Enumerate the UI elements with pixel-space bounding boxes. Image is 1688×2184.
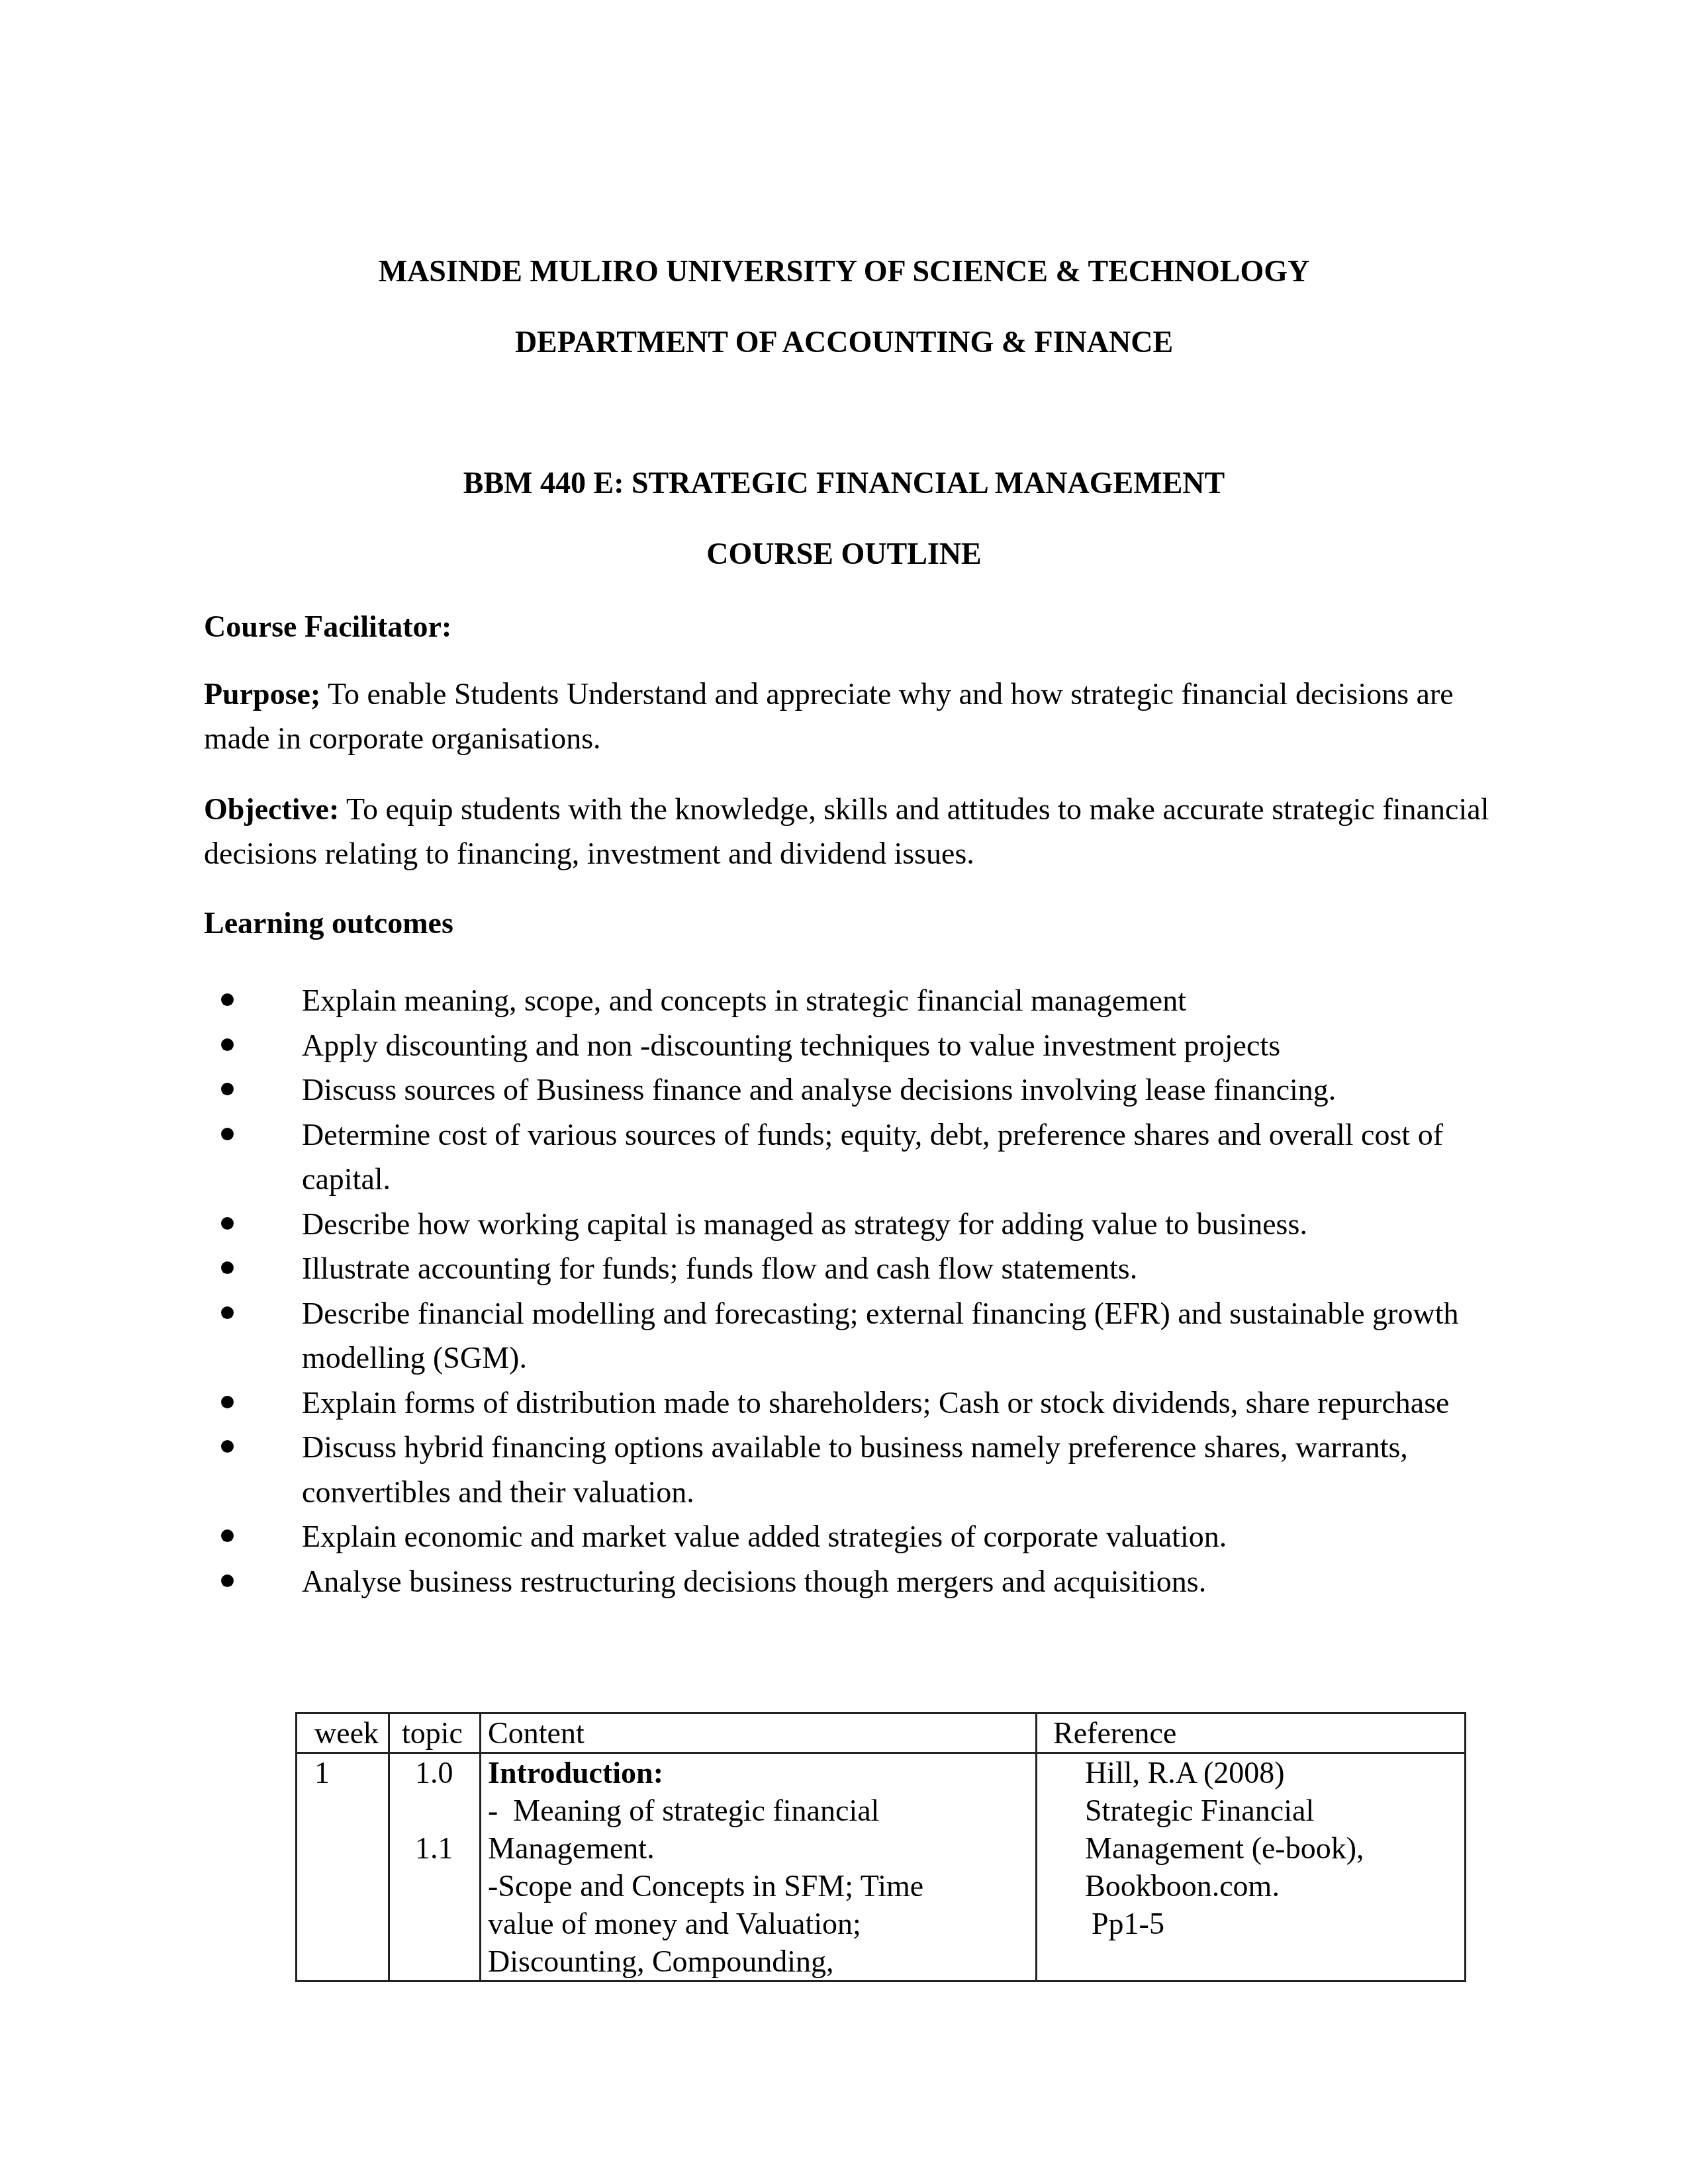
bullet-icon — [221, 1217, 234, 1230]
document-page: MASINDE MULIRO UNIVERSITY OF SCIENCE & T… — [0, 0, 1688, 2184]
list-item: Illustrate accounting for funds; funds f… — [204, 1246, 1501, 1291]
purpose-text: To enable Students Understand and apprec… — [204, 677, 1454, 755]
bullet-icon — [221, 1128, 234, 1140]
cell-week: 1 — [297, 1753, 389, 1981]
table-row: 1 1.0 1.1 Introduction: - Meaning of str… — [297, 1753, 1466, 1981]
column-header-topic: topic — [389, 1713, 481, 1753]
list-item: Analyse business restructuring decisions… — [204, 1559, 1501, 1604]
content-title: Introduction: — [488, 1754, 1035, 1792]
column-header-week: week — [297, 1713, 389, 1753]
column-header-content: Content — [481, 1713, 1037, 1753]
course-facilitator: Course Facilitator: — [204, 604, 1495, 649]
bullet-icon — [221, 1038, 234, 1051]
objective-label: Objective: — [204, 792, 339, 826]
list-item: Determine cost of various sources of fun… — [204, 1113, 1501, 1202]
list-item: Explain economic and market value added … — [204, 1514, 1501, 1559]
list-item: Explain meaning, scope, and concepts in … — [204, 978, 1501, 1023]
objective-paragraph: Objective: To equip students with the kn… — [204, 787, 1501, 876]
purpose-label: Purpose; — [204, 677, 320, 711]
learning-outcomes-heading: Learning outcomes — [204, 901, 1495, 945]
bullet-icon — [221, 1083, 234, 1095]
bullet-icon — [221, 1306, 234, 1319]
course-schedule-table: week topic Content Reference 1 1.0 1.1 I… — [295, 1712, 1466, 1982]
facilitator-label: Course Facilitator: — [204, 610, 451, 643]
course-title: BBM 440 E: STRATEGIC FINANCIAL MANAGEMEN… — [0, 463, 1688, 503]
bullet-icon — [221, 1529, 234, 1542]
university-name: MASINDE MULIRO UNIVERSITY OF SCIENCE & T… — [0, 251, 1688, 291]
list-item: Describe financial modelling and forecas… — [204, 1291, 1501, 1381]
table-header-row: week topic Content Reference — [297, 1713, 1466, 1753]
list-item: Describe how working capital is managed … — [204, 1202, 1501, 1247]
list-item: Discuss hybrid financing options availab… — [204, 1425, 1501, 1514]
purpose-paragraph: Purpose; To enable Students Understand a… — [204, 672, 1462, 760]
learning-outcomes-list: Explain meaning, scope, and concepts in … — [204, 978, 1501, 1604]
bullet-icon — [221, 1440, 234, 1453]
bullet-icon — [221, 993, 234, 1006]
bullet-icon — [221, 1261, 234, 1274]
objective-text: To equip students with the knowledge, sk… — [204, 792, 1489, 870]
list-item: Apply discounting and non -discounting t… — [204, 1023, 1501, 1068]
bullet-icon — [221, 1574, 234, 1587]
cell-reference: Hill, R.A (2008) Strategic Financial Man… — [1037, 1753, 1466, 1981]
bullet-icon — [221, 1396, 234, 1408]
department-name: DEPARTMENT OF ACCOUNTING & FINANCE — [0, 322, 1688, 362]
list-item: Discuss sources of Business finance and … — [204, 1068, 1501, 1113]
cell-content: Introduction: - Meaning of strategic fin… — [481, 1753, 1037, 1981]
list-item: Explain forms of distribution made to sh… — [204, 1381, 1501, 1426]
document-type-heading: COURSE OUTLINE — [0, 534, 1688, 574]
cell-topic: 1.0 1.1 — [389, 1753, 481, 1981]
column-header-reference: Reference — [1037, 1713, 1466, 1753]
